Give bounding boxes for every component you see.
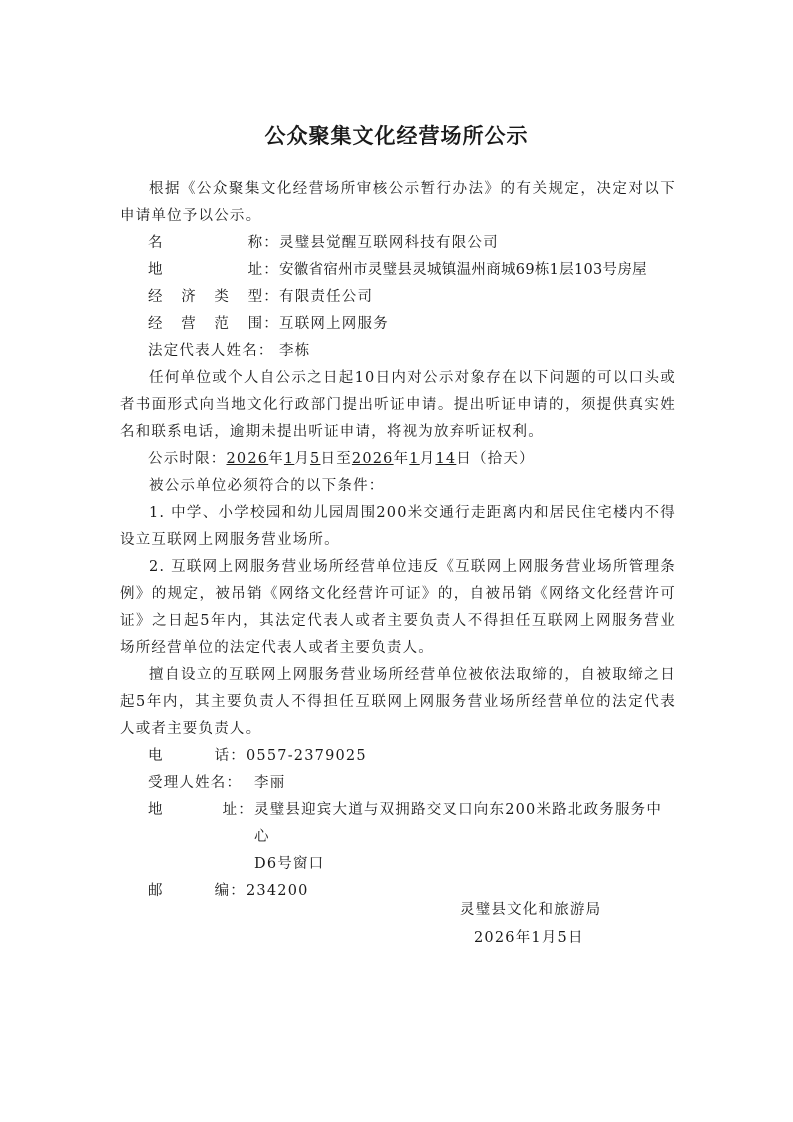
period-row: 公示时限： 2026 年 1 月 5 日 至 2026 年 1 月 14 日 （…: [120, 446, 676, 473]
receiver-row: 受理人姓名： 李丽: [120, 770, 676, 797]
phone-row: 电 话： 0557-2379025: [120, 743, 676, 770]
office-address-line1: 灵璧县迎宾大道与双拥路交叉口向东200米路北政务服务中心: [254, 802, 662, 845]
name-label: 名 称：: [148, 230, 279, 257]
address-label: 地 址：: [148, 257, 279, 284]
document-page: 公众聚集文化经营场所公示 根据《公众聚集文化经营场所审核公示暂行办法》的有关规定…: [0, 0, 793, 1122]
postcode-label: 邮 编：: [148, 878, 246, 905]
scope: 互联网上网服务: [279, 311, 676, 338]
condition-item: 1. 中学、小学校园和幼儿园周围200米交通行走距离内和居民住宅楼内不得设立互联…: [120, 500, 676, 554]
receiver-label: 受理人姓名：: [148, 770, 254, 797]
start-day: 5: [310, 446, 320, 473]
objection-paragraph: 任何单位或个人自公示之日起10日内对公示对象存在以下问题的可以口头或者书面形式向…: [120, 365, 676, 446]
applicant-address: 安徽省宿州市灵璧县灵城镇温州商城69栋1层103号房屋: [279, 257, 676, 284]
end-day: 14: [435, 446, 456, 473]
condition-item: 2. 互联网上网服务营业场所经营单位违反《互联网上网服务营业场所管理条例》的规定…: [120, 554, 676, 662]
econ-type: 有限责任公司: [279, 284, 676, 311]
scope-row: 经 营 范 围： 互联网上网服务: [120, 311, 676, 338]
document-title: 公众聚集文化经营场所公示: [0, 120, 793, 150]
start-month: 1: [284, 446, 294, 473]
legal-rep: 李栋: [279, 338, 676, 365]
receiver: 李丽: [254, 770, 676, 797]
issue-date: 2026年1月5日: [474, 926, 584, 947]
applicant-name: 灵璧县觉醒互联网科技有限公司: [279, 230, 676, 257]
intro-paragraph: 根据《公众聚集文化经营场所审核公示暂行办法》的有关规定，决定对以下申请单位予以公…: [120, 176, 676, 230]
econ-type-row: 经 济 类 型： 有限责任公司: [120, 284, 676, 311]
issuing-org: 灵璧县文化和旅游局: [460, 898, 601, 919]
econ-type-label: 经 济 类 型：: [148, 284, 279, 311]
office-address-row: 地 址： 灵璧县迎宾大道与双拥路交叉口向东200米路北政务服务中心 D6号窗口: [120, 797, 676, 878]
duration: （拾天）: [472, 446, 535, 473]
start-year: 2026: [227, 446, 269, 473]
office-address-line2: D6号窗口: [254, 856, 324, 872]
end-year: 2026: [352, 446, 394, 473]
legal-rep-label: 法定代表人姓名：: [148, 338, 279, 365]
end-month: 1: [409, 446, 419, 473]
document-body: 根据《公众聚集文化经营场所审核公示暂行办法》的有关规定，决定对以下申请单位予以公…: [120, 176, 676, 905]
phone-label: 电 话：: [148, 743, 246, 770]
scope-label: 经 营 范 围：: [148, 311, 279, 338]
office-address-label: 地 址：: [148, 797, 254, 878]
applicant-name-row: 名 称： 灵璧县觉醒互联网科技有限公司: [120, 230, 676, 257]
closing-paragraph: 擅自设立的互联网上网服务营业场所经营单位被依法取缔的，自被取缔之日起5年内，其主…: [120, 662, 676, 743]
legal-rep-row: 法定代表人姓名： 李栋: [120, 338, 676, 365]
applicant-address-row: 地 址： 安徽省宿州市灵璧县灵城镇温州商城69栋1层103号房屋: [120, 257, 676, 284]
phone: 0557-2379025: [246, 743, 676, 770]
conditions-intro: 被公示单位必须符合的以下条件：: [120, 473, 676, 500]
